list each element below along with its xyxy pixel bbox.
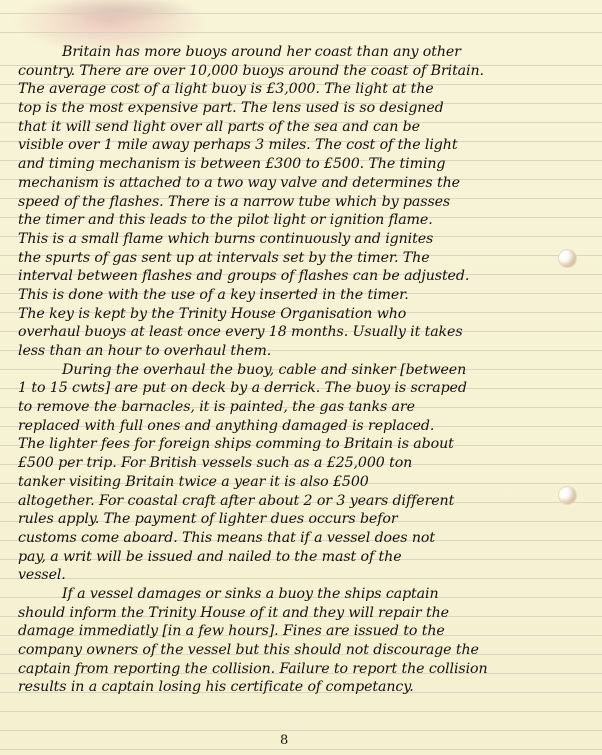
notebook-page: Britain has more buoys around her coast … — [0, 0, 602, 755]
text-line: and timing mechanism is between £300 to … — [18, 155, 593, 174]
handwritten-text: Britain has more buoys around her coast … — [18, 43, 593, 697]
text-line: should inform the Trinity House of it an… — [18, 604, 593, 623]
text-line: pay, a writ will be issued and nailed to… — [18, 548, 593, 567]
text-line: Britain has more buoys around her coast … — [18, 43, 593, 62]
text-line: customs come aboard. This means that if … — [18, 529, 593, 548]
text-line: overhaul buoys at least once every 18 mo… — [18, 323, 593, 342]
text-line: If a vessel damages or sinks a buoy the … — [18, 585, 593, 604]
text-line: interval between flashes and groups of f… — [18, 267, 593, 286]
text-line: results in a captain losing his certific… — [18, 678, 593, 697]
text-line: This is a small flame which burns contin… — [18, 230, 593, 249]
text-line: less than an hour to overhaul them. — [18, 342, 593, 361]
text-line: visible over 1 mile away perhaps 3 miles… — [18, 136, 593, 155]
text-line: the timer and this leads to the pilot li… — [18, 211, 593, 230]
text-line: company owners of the vessel but this sh… — [18, 641, 593, 660]
text-line: 1 to 15 cwts] are put on deck by a derri… — [18, 379, 593, 398]
text-line: top is the most expensive part. The lens… — [18, 99, 593, 118]
text-line: The key is kept by the Trinity House Org… — [18, 305, 593, 324]
paragraph: During the overhaul the buoy, cable and … — [18, 361, 593, 585]
text-line: The lighter fees for foreign ships commi… — [18, 435, 593, 454]
text-line: rules apply. The payment of lighter dues… — [18, 510, 593, 529]
text-line: The average cost of a light buoy is £3,0… — [18, 80, 593, 99]
text-line: country. There are over 10,000 buoys aro… — [18, 62, 593, 81]
text-line: speed of the flashes. There is a narrow … — [18, 193, 593, 212]
text-line: replaced with full ones and anything dam… — [18, 417, 593, 436]
text-line: This is done with the use of a key inser… — [18, 286, 593, 305]
text-line: the spurts of gas sent up at intervals s… — [18, 249, 593, 268]
text-line: mechanism is attached to a two way valve… — [18, 174, 593, 193]
text-line: £500 per trip. For British vessels such … — [18, 454, 593, 473]
text-line: captain from reporting the collision. Fa… — [18, 660, 593, 679]
paragraph: If a vessel damages or sinks a buoy the … — [18, 585, 593, 697]
text-line: vessel. — [18, 566, 593, 585]
paragraph: Britain has more buoys around her coast … — [18, 43, 593, 361]
page-number: 8 — [280, 733, 288, 748]
text-line: altogether. For coastal craft after abou… — [18, 492, 593, 511]
text-line: to remove the barnacles, it is painted, … — [18, 398, 593, 417]
text-line: that it will send light over all parts o… — [18, 118, 593, 137]
text-line: tanker visiting Britain twice a year it … — [18, 473, 593, 492]
text-line: During the overhaul the buoy, cable and … — [18, 361, 593, 380]
text-line: damage immediatly [in a few hours]. Fine… — [18, 622, 593, 641]
